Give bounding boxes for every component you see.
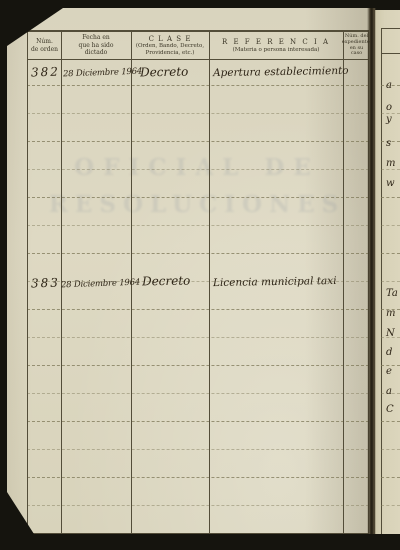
ruled-line [381, 281, 400, 282]
header-title: R E F E R E N C I A [222, 38, 330, 47]
handwriting-fragment: C [386, 404, 394, 415]
scan-background: OFICIAL DE RESOLUCIONES Núm. de orden Fe… [0, 0, 400, 550]
ruled-line [381, 421, 400, 422]
page-corner-cut-top-left [7, 8, 63, 46]
ruled-line [381, 225, 400, 226]
page-fold [367, 8, 376, 534]
handwriting-fragment: N [386, 328, 395, 339]
handwriting-fragment: Ta [386, 288, 398, 299]
column-divider [209, 32, 210, 533]
entry-number: 382 [31, 64, 60, 79]
handwriting-fragment: a [386, 80, 392, 91]
handwriting-fragment: m [386, 158, 395, 169]
header-text: Fecha en [82, 34, 110, 42]
handwriting-fragment: d [386, 347, 392, 358]
entry-class: Decreto [142, 274, 191, 289]
ruled-line [381, 505, 400, 506]
column-divider [343, 32, 344, 533]
handwriting-fragment: s [386, 138, 391, 149]
ruled-line [381, 253, 400, 254]
header-sub: (Orden, Bando, Decreto, [136, 43, 204, 50]
page-corner-cut-bottom-left [7, 492, 34, 534]
header-clase: C L A S E (Orden, Bando, Decreto, Provid… [131, 32, 209, 59]
adjacent-header-divider [381, 53, 400, 54]
header-text: de orden [31, 46, 58, 54]
handwriting-fragment: m [386, 308, 395, 319]
adjacent-page: aoysmwTamNdeaC [375, 10, 400, 534]
handwriting-fragment: a [386, 386, 392, 397]
header-sub: (Materia o persona interesada) [233, 47, 320, 54]
entry-reference: Licencia municipal taxi [213, 275, 337, 289]
header-divider [28, 59, 368, 60]
ruled-line [381, 477, 400, 478]
header-fecha: Fecha en que ha sido dictado [61, 32, 131, 59]
entry-class: Decreto [140, 65, 189, 80]
handwriting-fragment: y [386, 114, 392, 125]
entry-number: 383 [31, 275, 60, 290]
header-expediente: Núm. del expediente, en su caso [343, 32, 370, 59]
header-title: C L A S E [149, 35, 192, 44]
header-text: caso [351, 51, 362, 57]
ruled-line [381, 197, 400, 198]
ruled-line [381, 449, 400, 450]
header-sub: Providencia, etc.) [146, 50, 195, 57]
header-text: que ha sido [79, 42, 114, 50]
header-text: dictado [85, 49, 108, 57]
entry-reference: Apertura establecimiento [213, 65, 349, 79]
adjacent-table-top-border [381, 28, 400, 29]
header-referencia: R E F E R E N C I A (Materia o persona i… [209, 32, 343, 59]
handwriting-fragment: w [386, 178, 395, 189]
handwriting-fragment: o [386, 102, 392, 113]
handwriting-fragment: e [386, 366, 392, 377]
ruled-line [381, 169, 400, 170]
main-page: OFICIAL DE RESOLUCIONES Núm. de orden Fe… [7, 8, 370, 534]
